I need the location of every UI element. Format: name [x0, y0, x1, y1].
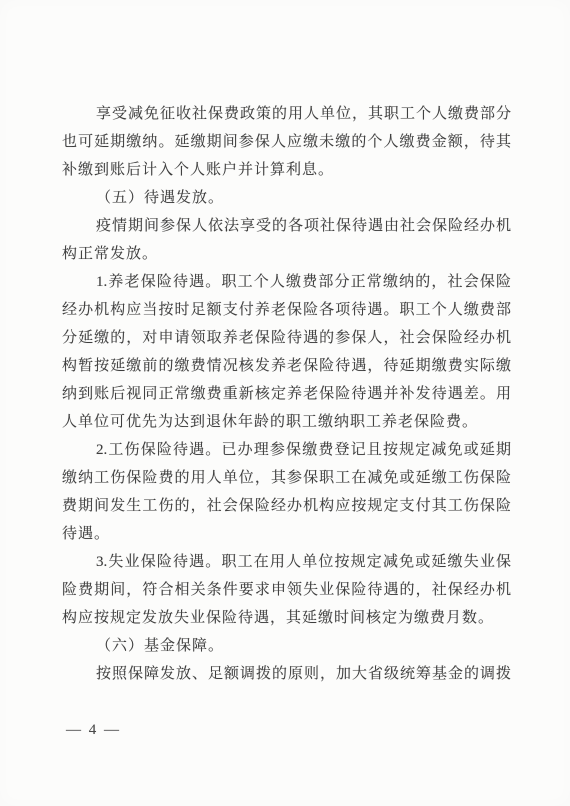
document-page: 享受减免征收社保费政策的用人单位，其职工个人缴费部分也可延期缴纳。延缴期间参保人…: [0, 0, 570, 806]
text-line: 构暂按延缴前的缴费情况核发养老保险待遇，待延期缴费实际缴: [62, 352, 511, 380]
text-line: （六）基金保障。: [62, 632, 511, 660]
text-line: 险费期间，符合相关条件要求申领失业保险待遇的，社保经办机: [62, 576, 511, 604]
text-line: 也可延期缴纳。延缴期间参保人应缴未缴的个人缴费金额，待其: [62, 128, 511, 156]
text-line: 经办机构应当按时足额支付养老保险各项待遇。职工个人缴费部: [62, 296, 511, 324]
text-line: 1.养老保险待遇。职工个人缴费部分正常缴纳的，社会保险: [62, 268, 511, 296]
text-line: 分延缴的，对申请领取养老保险待遇的参保人，社会保险经办机: [62, 324, 511, 352]
text-line: 疫情期间参保人依法享受的各项社保待遇由社会保险经办机: [62, 212, 511, 240]
text-line: 人单位可优先为达到退休年龄的职工缴纳职工养老保险费。: [62, 408, 511, 436]
text-line: 纳到账后视同正常缴费重新核定养老保险待遇并补发待遇差。用: [62, 380, 511, 408]
text-line: 构应按规定发放失业保险待遇，其延缴时间核定为缴费月数。: [62, 604, 511, 632]
text-line: 3.失业保险待遇。职工在用人单位按规定减免或延缴失业保: [62, 548, 511, 576]
text-line: 享受减免征收社保费政策的用人单位，其职工个人缴费部分: [62, 100, 511, 128]
text-line: 待遇。: [62, 520, 511, 548]
text-line: 2.工伤保险待遇。已办理参保缴费登记且按规定减免或延期: [62, 436, 511, 464]
text-line: 缴纳工伤保险费的用人单位，其参保职工在减免或延缴工伤保险: [62, 464, 511, 492]
text-line: 费期间发生工伤的，社会保险经办机构应按规定支付其工伤保险: [62, 492, 511, 520]
document-body: 享受减免征收社保费政策的用人单位，其职工个人缴费部分也可延期缴纳。延缴期间参保人…: [62, 100, 511, 688]
page-number: — 4 —: [66, 722, 121, 739]
text-line: （五）待遇发放。: [62, 184, 511, 212]
text-line: 构正常发放。: [62, 240, 511, 268]
text-line: 按照保障发放、足额调拨的原则，加大省级统筹基金的调拨: [62, 660, 511, 688]
text-line: 补缴到账后计入个人账户并计算利息。: [62, 156, 511, 184]
